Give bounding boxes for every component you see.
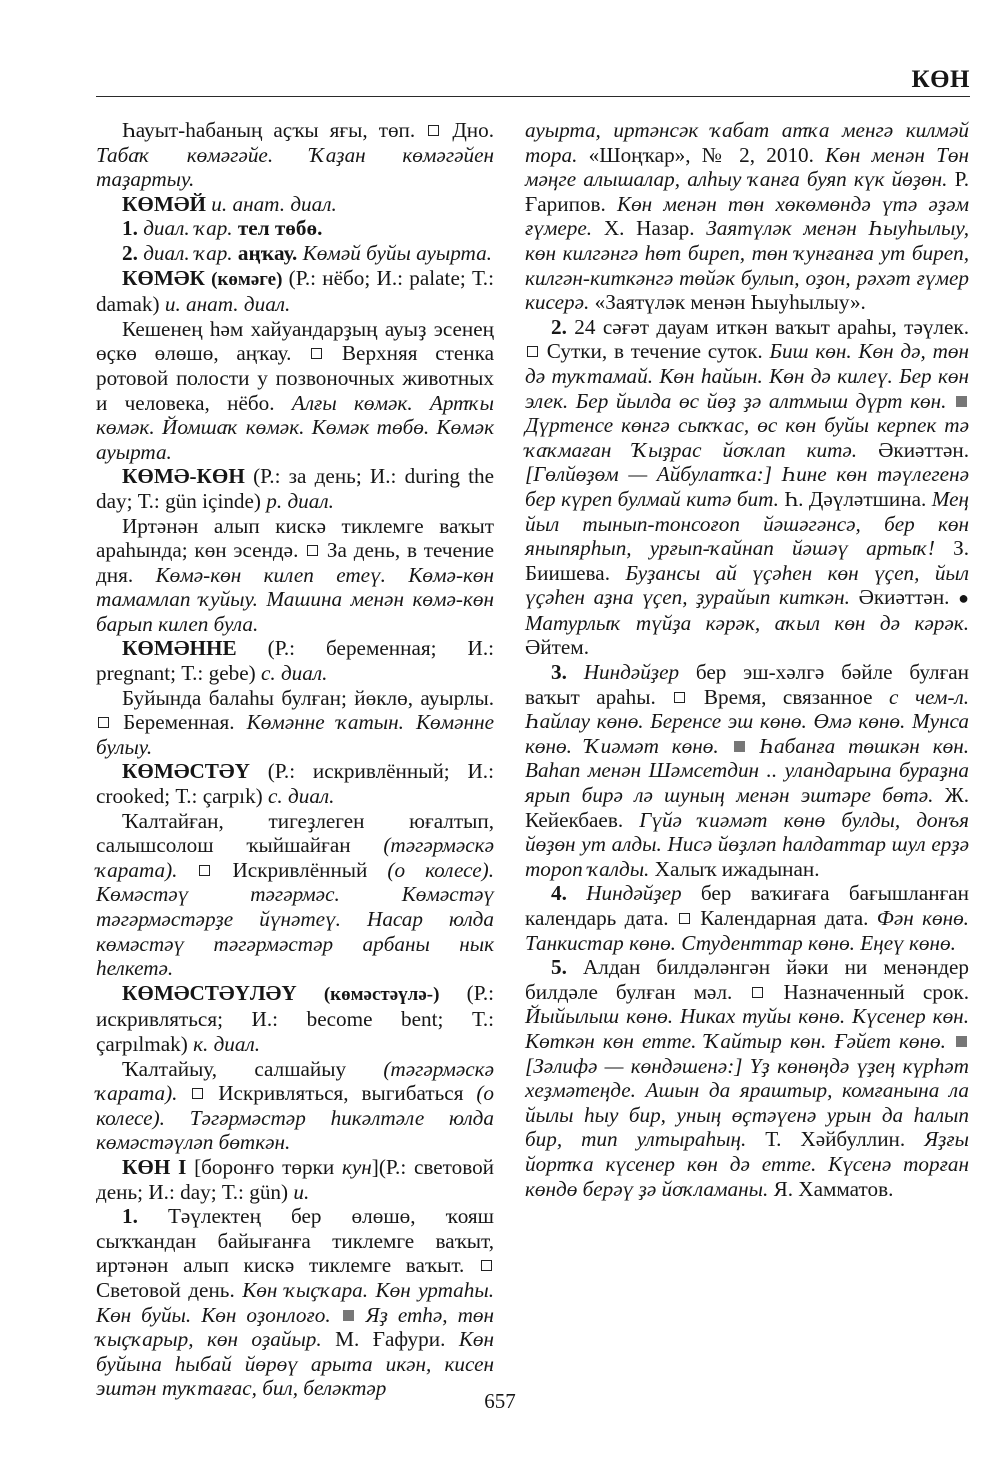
- russian-equivalent-square-icon: [752, 987, 763, 998]
- sense-4: 4. Ниндәйҙер бер ваҡиғаға бағышланған ка…: [525, 881, 969, 955]
- headword: КӨМӘ-КӨН: [122, 464, 245, 488]
- russian-equivalent-square-icon: [98, 717, 109, 728]
- headword: КӨН I: [122, 1155, 186, 1179]
- headword: КӨМӘННЕ: [122, 636, 237, 660]
- headword: КӨМӘЙ: [122, 192, 206, 216]
- entry-komey: КӨМӘЙ и. анат. диал.: [96, 192, 494, 217]
- sense-2: 2. 24 сәғәт дауам иткән ваҡыт араһы, тәү…: [525, 315, 969, 660]
- entry-komestey: КӨМӘСТӘҮ (Р.: искривлённый; И.: crooked;…: [96, 759, 494, 808]
- entry-komesteylev: КӨМӘСТӘҮЛӘҮ (көмәстәүлә-) (Р.: искривлят…: [96, 981, 494, 1057]
- russian-equivalent-square-icon: [192, 1088, 203, 1099]
- russian-equivalent-square-icon: [199, 865, 210, 876]
- russian-equivalent-square-icon: [679, 913, 690, 924]
- russian-equivalent-square-icon: [674, 692, 685, 703]
- headword: КӨМӘСТӘҮ: [122, 759, 250, 783]
- definition: Кешенең һәм хайуандарҙың ауыҙ эсенең өҫк…: [96, 317, 494, 465]
- entry-kome-kon: КӨМӘ-КӨН (Р.: за день; И.: during the da…: [96, 464, 494, 513]
- definition: Иртәнән алып кискә тиклемге ваҡыт араһын…: [96, 514, 494, 637]
- running-head: КӨН: [96, 64, 970, 97]
- russian-equivalent-square-icon: [527, 346, 538, 357]
- sense-2: 2. диал. ҡар. аңҡау. Көмәй буйы ауырта.: [96, 241, 494, 266]
- definition: Ҡалтайған, тигеҙлеген юғалтып, салышсоло…: [96, 809, 494, 981]
- literary-quote-square-icon: [956, 1036, 967, 1047]
- literary-quote-square-icon: [956, 396, 967, 407]
- sense-1: 1. диал. ҡар. тел төбө.: [96, 216, 494, 241]
- literary-quote-square-icon: [343, 1310, 354, 1321]
- literary-quote-square-icon: [734, 741, 745, 752]
- entry-komenne: КӨМӘННЕ (Р.: беременная; И.: pregnant; Т…: [96, 636, 494, 685]
- right-column: ауырта, иртәнсәк ҡабат атҡа менгә килмәй…: [525, 118, 969, 1201]
- left-column: Һауыт-һабаның аҫҡы яғы, төп. Дно. Табаҡ …: [96, 118, 494, 1401]
- entry-kon-1: КӨН I [боронғо төрки кун](Р.: световой д…: [96, 1155, 494, 1204]
- headword: КӨМӘК: [122, 266, 205, 290]
- headword: КӨМӘСТӘҮЛӘҮ: [122, 981, 297, 1005]
- sense-1: 1. Тәүлектең бер өлөшө, ҡояш сыҡҡандан б…: [96, 1204, 494, 1401]
- russian-equivalent-square-icon: [428, 125, 439, 136]
- definition: Буйында балаһы булған; йөклө, ауырлы. Бе…: [96, 686, 494, 760]
- running-head-word: КӨН: [911, 66, 970, 94]
- quote-continuation: ауырта, иртәнсәк ҡабат атҡа менгә килмәй…: [525, 118, 969, 315]
- entry-continuation: Һауыт-һабаның аҫҡы яғы, төп. Дно. Табаҡ …: [96, 118, 494, 192]
- sense-3: 3. Ниндәйҙер бер эш-хәлгә бәйле булған в…: [525, 660, 969, 881]
- russian-equivalent-square-icon: [311, 348, 322, 359]
- proverb-bullet-icon: ●: [958, 588, 969, 608]
- definition: Ҡалтайыу, салшайыу (тәгәрмәскә ҡарата). …: [96, 1057, 494, 1155]
- page-number: 657: [0, 1389, 1000, 1414]
- russian-equivalent-square-icon: [307, 545, 318, 556]
- sense-5: 5. Алдан билдәләнгән йәки ни менәндер би…: [525, 955, 969, 1201]
- russian-equivalent-square-icon: [481, 1260, 492, 1271]
- entry-komek: КӨМӘК (көмәге) (Р.: нёбо; И.: palate; Т.…: [96, 266, 494, 317]
